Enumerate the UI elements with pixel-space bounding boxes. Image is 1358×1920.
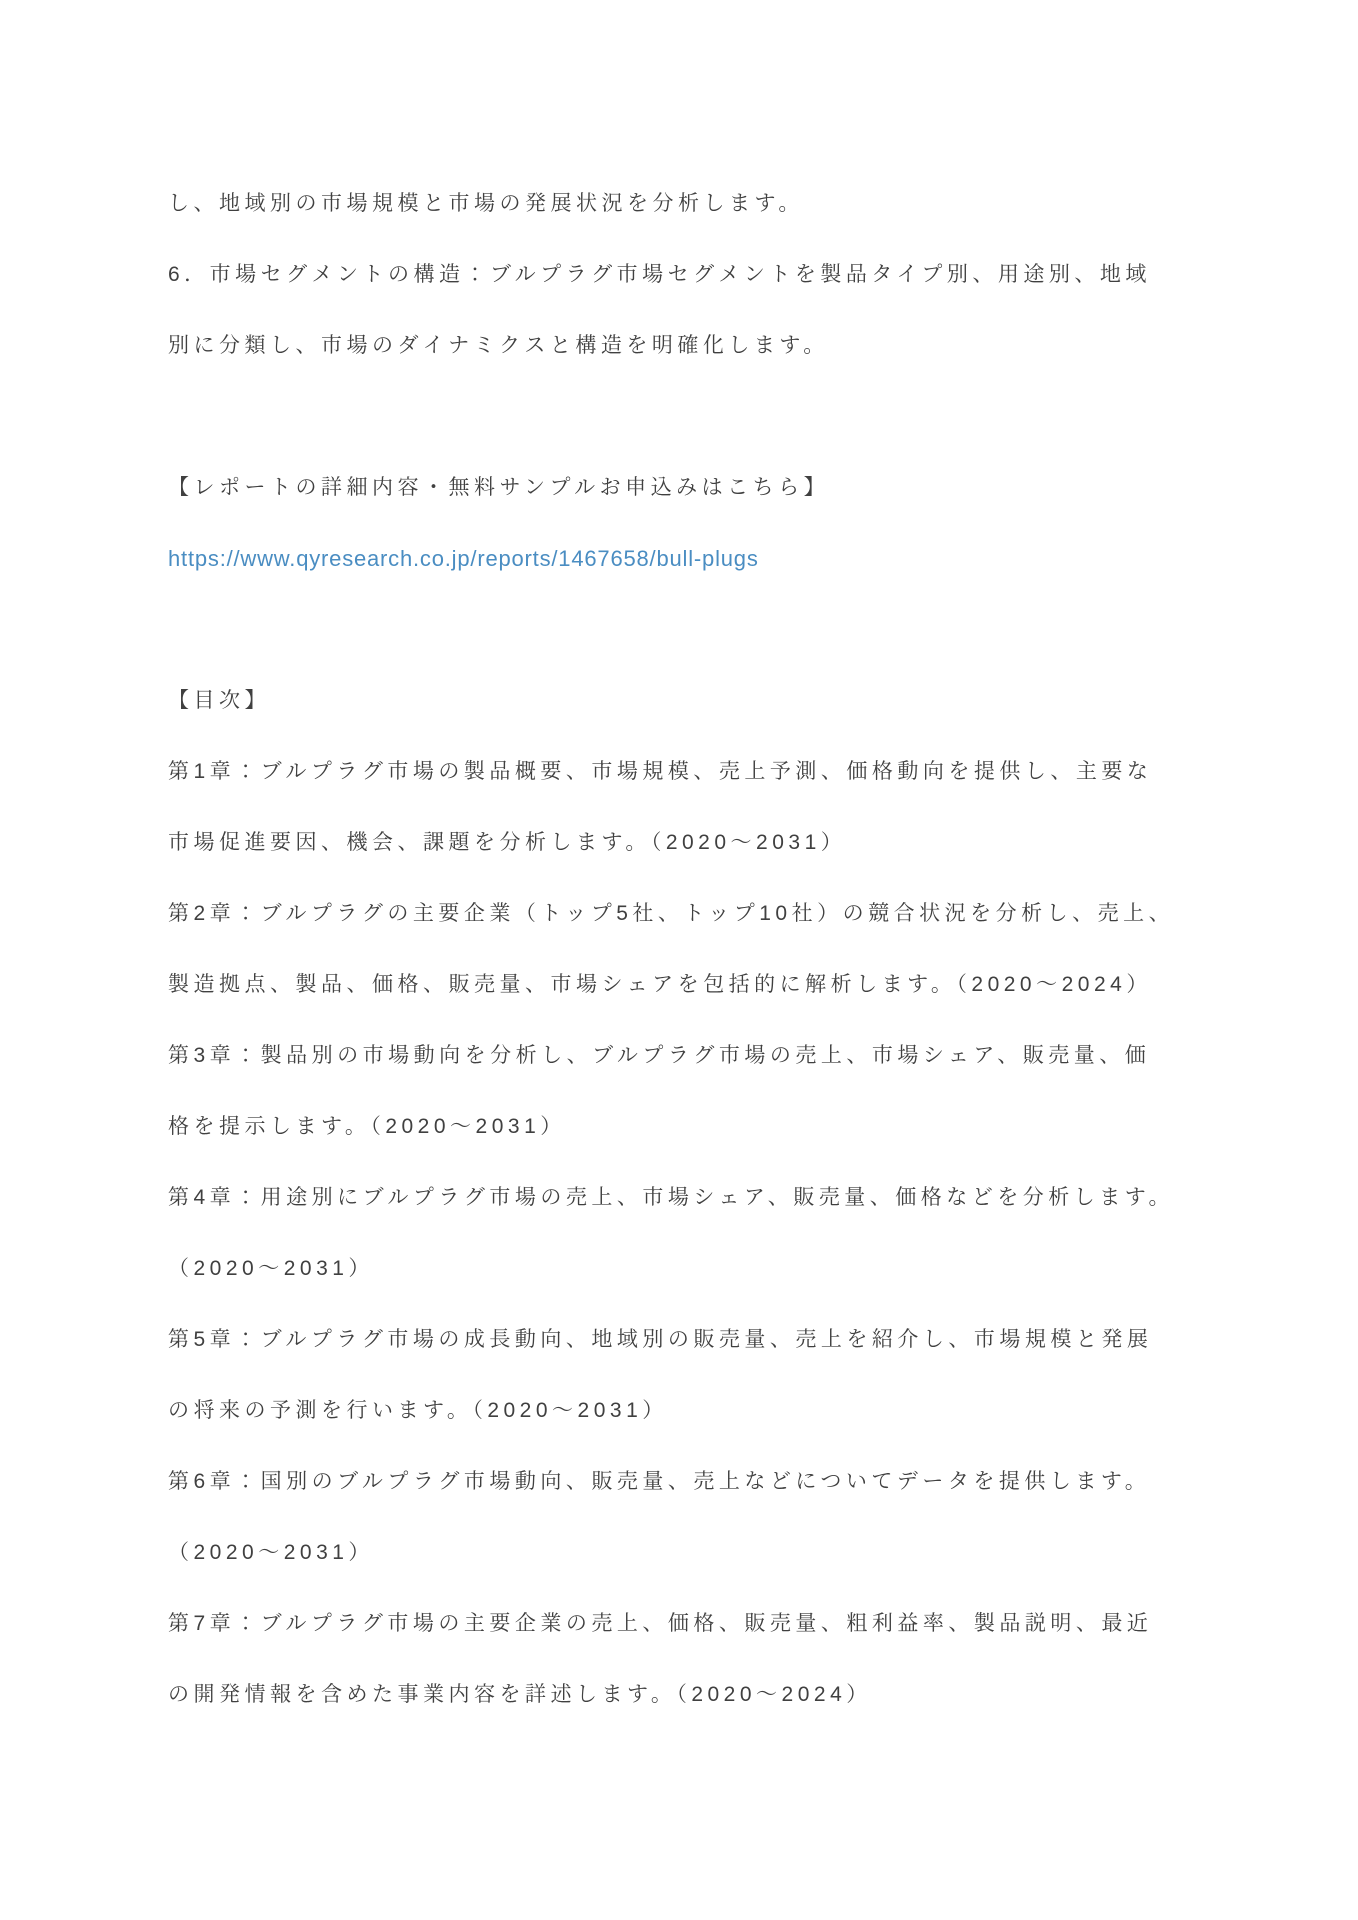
report-url-link[interactable]: https://www.qyresearch.co.jp/reports/146… <box>168 546 759 571</box>
segment-item-line-2: 別に分類し、市場のダイナミクスと構造を明確化します。 <box>168 310 1190 381</box>
toc-chapter-5-line-2: の将来の予測を行います。（2020〜2031） <box>168 1375 1190 1446</box>
toc-chapter-2-line-1: 第2章：ブルプラグの主要企業（トップ5社、トップ10社）の競合状況を分析し、売上… <box>168 878 1190 949</box>
analysis-tail-line: し、地域別の市場規模と市場の発展状況を分析します。 <box>168 168 1190 239</box>
toc-chapter-3-line-2: 格を提示します。（2020〜2031） <box>168 1091 1190 1162</box>
toc-chapter-1-line-2: 市場促進要因、機会、課題を分析します。（2020〜2031） <box>168 807 1190 878</box>
toc-chapter-7-line-2: の開発情報を含めた事業内容を詳述します。（2020〜2024） <box>168 1659 1190 1730</box>
report-document-page: し、地域別の市場規模と市場の発展状況を分析します。 6．市場セグメントの構造：ブ… <box>0 0 1358 1920</box>
sample-request-heading: 【レポートの詳細内容・無料サンプルお申込みはこちら】 <box>168 452 1190 523</box>
toc-chapter-5-line-1: 第5章：ブルプラグ市場の成長動向、地域別の販売量、売上を紹介し、市場規模と発展 <box>168 1304 1190 1375</box>
toc-chapter-7-line-1: 第7章：ブルプラグ市場の主要企業の売上、価格、販売量、粗利益率、製品説明、最近 <box>168 1588 1190 1659</box>
toc-chapter-4-line-1: 第4章：用途別にブルプラグ市場の売上、市場シェア、販売量、価格などを分析します。 <box>168 1162 1190 1233</box>
toc-chapter-1-line-1: 第1章：ブルプラグ市場の製品概要、市場規模、売上予測、価格動向を提供し、主要な <box>168 736 1190 807</box>
blank-line <box>168 381 1190 452</box>
toc-chapter-3-line-1: 第3章：製品別の市場動向を分析し、ブルプラグ市場の売上、市場シェア、販売量、価 <box>168 1020 1190 1091</box>
blank-line <box>168 594 1190 665</box>
toc-chapter-6-line-2: （2020〜2031） <box>168 1517 1190 1588</box>
toc-chapter-4-line-2: （2020〜2031） <box>168 1233 1190 1304</box>
document-page-body: { "page": { "background": "#ffffff", "te… <box>0 0 1358 1920</box>
toc-heading: 【目次】 <box>168 665 1190 736</box>
segment-item-line-1: 6．市場セグメントの構造：ブルプラグ市場セグメントを製品タイプ別、用途別、地域 <box>168 239 1190 310</box>
toc-chapter-6-line-1: 第6章：国別のブルプラグ市場動向、販売量、売上などについてデータを提供します。 <box>168 1446 1190 1517</box>
toc-chapter-2-line-2: 製造拠点、製品、価格、販売量、市場シェアを包括的に解析します。（2020〜202… <box>168 949 1190 1020</box>
report-url-line: https://www.qyresearch.co.jp/reports/146… <box>168 523 1190 594</box>
